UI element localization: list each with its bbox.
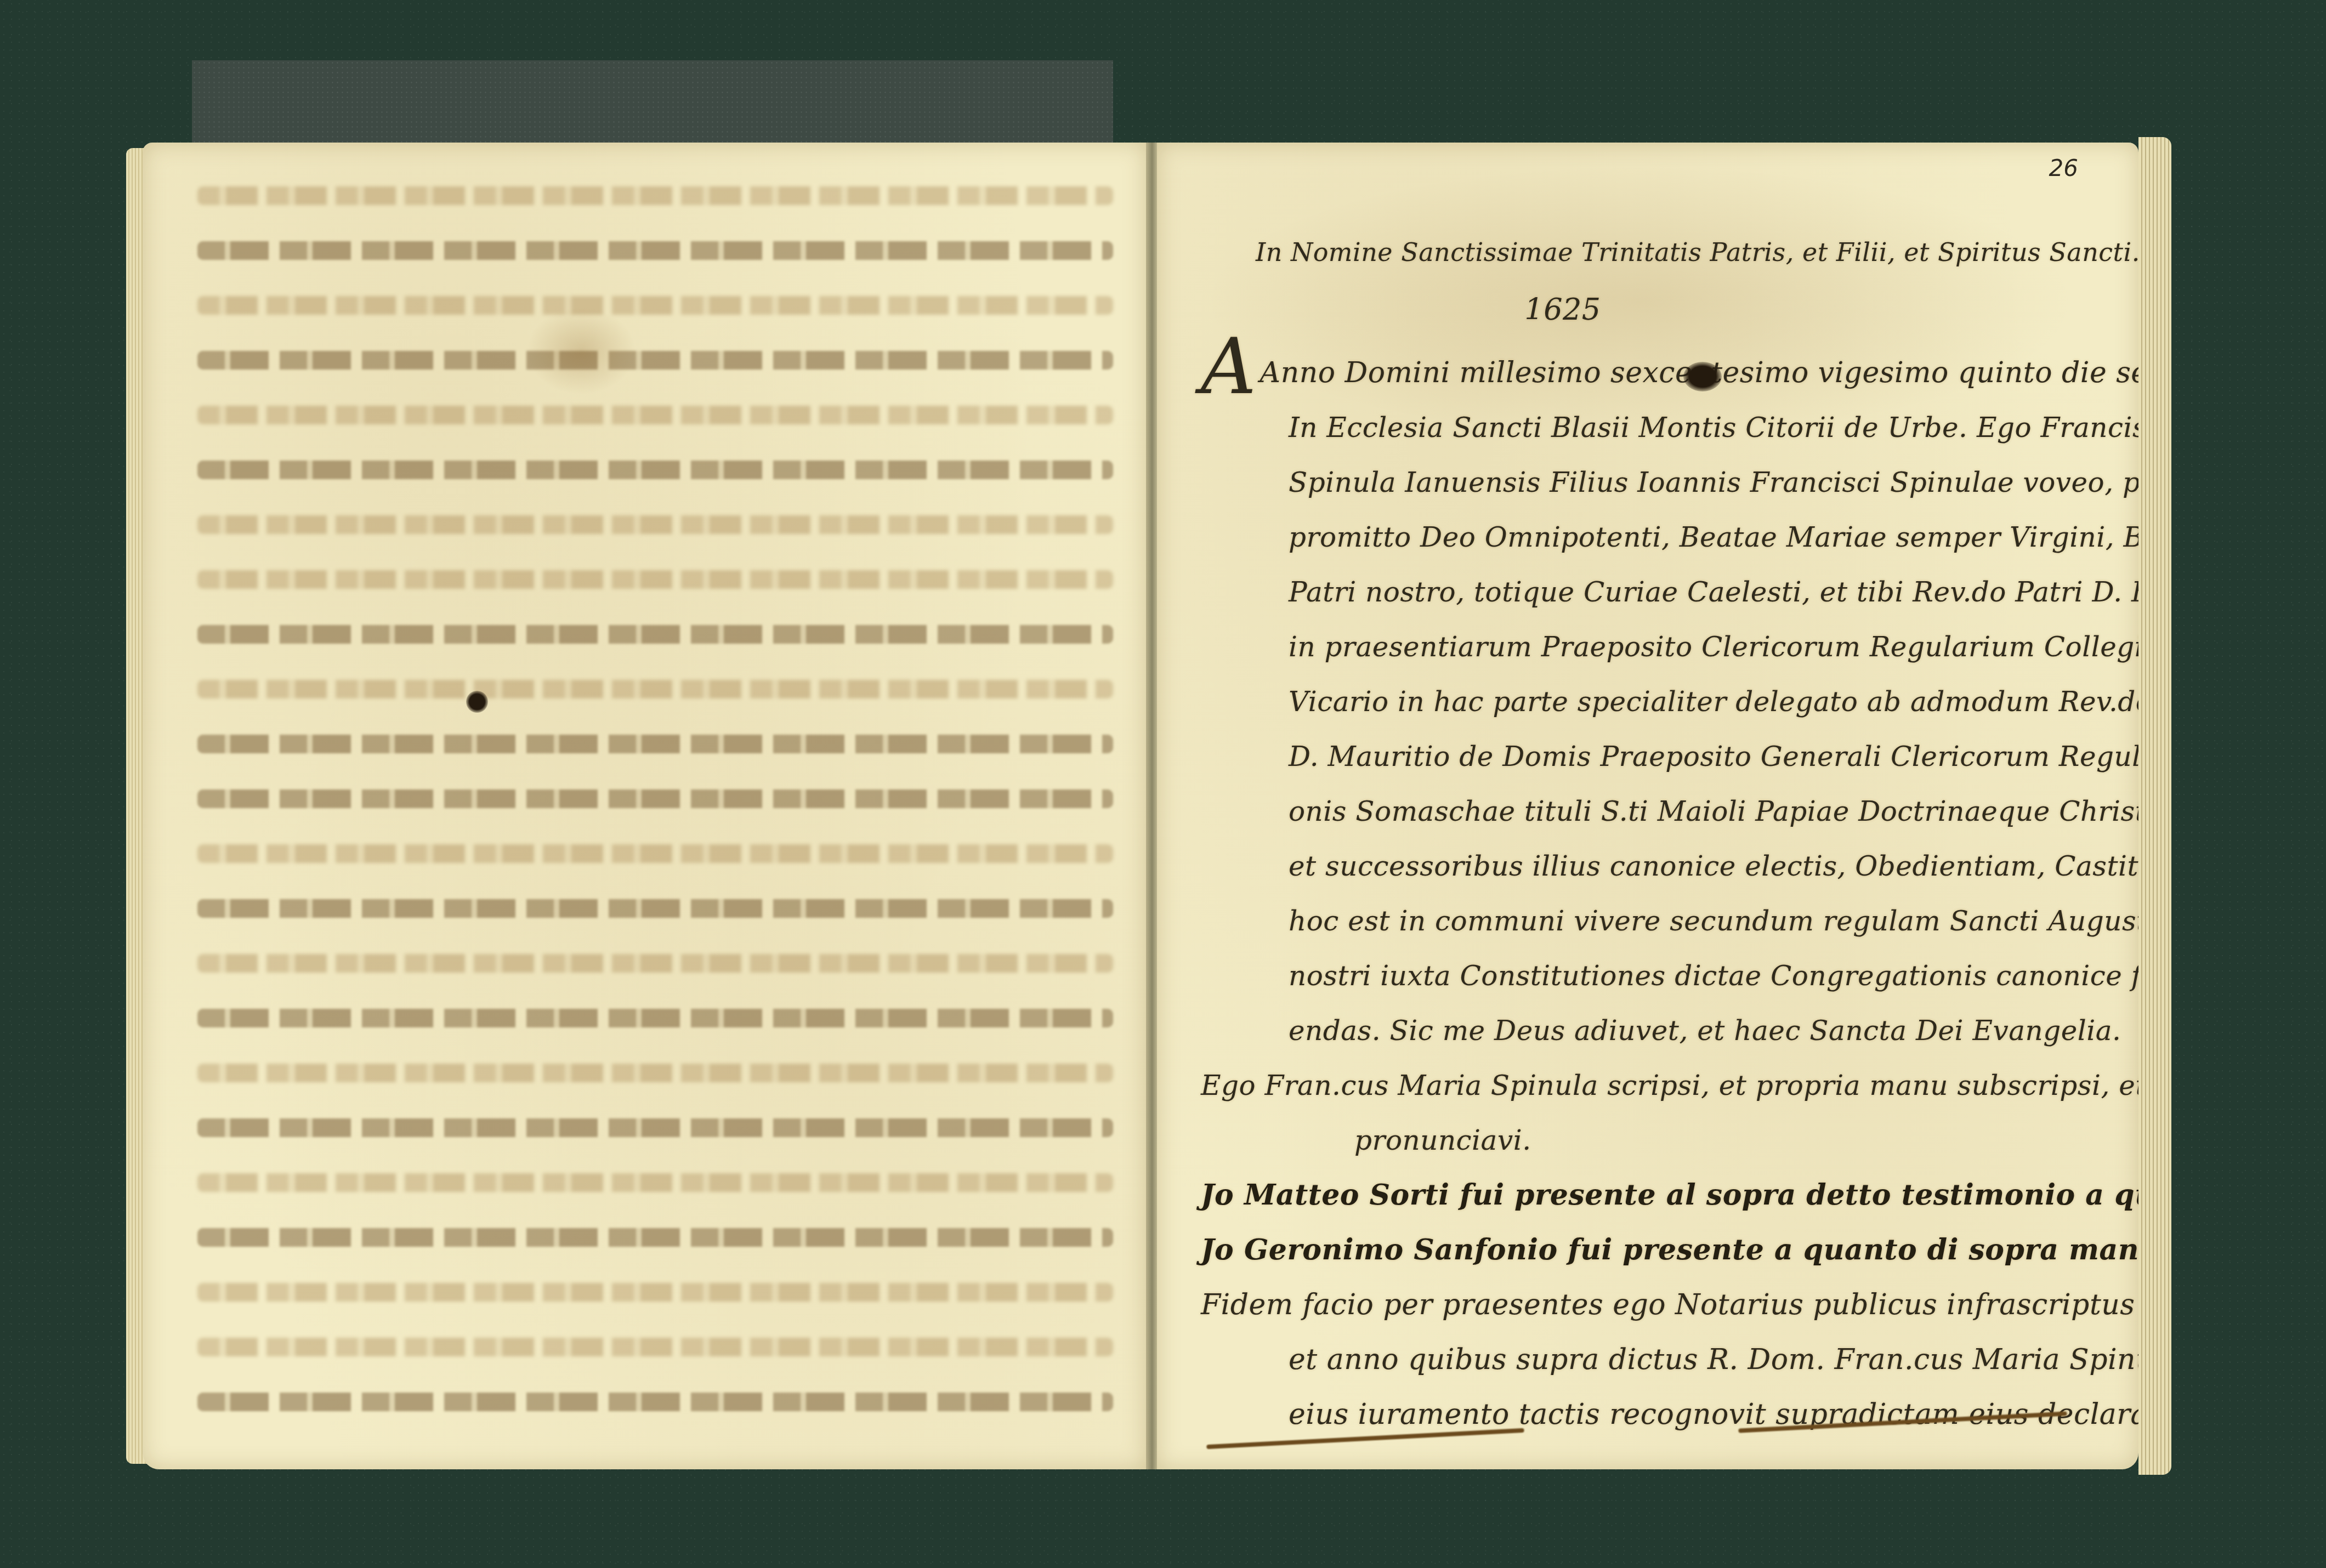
text-line: hoc est in communi vivere secundum regul…	[1201, 894, 2089, 948]
notary-attestation-line: eius iuramento tactis recognovit supradi…	[1201, 1387, 2089, 1442]
water-stain	[526, 307, 636, 395]
invocation-heading: In Nomine Sanctissimae Trinitatis Patris…	[1201, 225, 2089, 280]
text-line: In Ecclesia Sancti Blasii Montis Citorii…	[1201, 400, 2089, 455]
text-line: endas. Sic me Deus adiuvet, et haec Sanc…	[1201, 1003, 2089, 1058]
text-line: onis Somaschae tituli S.ti Maioli Papiae…	[1201, 784, 2089, 839]
page-number: 26	[2049, 155, 2078, 181]
profession-signature-cont: pronunciavi.	[1201, 1113, 2089, 1168]
book-gutter	[1146, 143, 1158, 1469]
open-manuscript-book: 26 In Nomine Sanctissimae Trinitatis Pat…	[110, 132, 2182, 1480]
text-line: D. Mauritio de Domis Praeposito Generali…	[1201, 729, 2089, 784]
text-line: Vicario in hac parte specialiter delegat…	[1201, 674, 2089, 729]
left-page	[143, 143, 1146, 1469]
text-line: AAnno Domini millesimo sexcentesimo vige…	[1201, 340, 2089, 400]
notary-attestation-line: Fidem facio per praesentes ego Notarius …	[1201, 1277, 2089, 1332]
ink-spot	[466, 691, 488, 713]
text-line: promitto Deo Omnipotenti, Beatae Mariae …	[1201, 510, 2089, 565]
text-line: Patri nostro, totique Curiae Caelesti, e…	[1201, 565, 2089, 620]
right-page-edges	[2138, 137, 2171, 1475]
ink-blot	[1683, 362, 1722, 391]
bleed-through-text	[197, 186, 1113, 1436]
text-line: in praesentiarum Praeposito Clericorum R…	[1201, 620, 2089, 674]
witness-signature-1: Jo Matteo Sorti fui presente al sopra de…	[1201, 1168, 2089, 1223]
witness-signature-2: Jo Geronimo Sanfonio fui presente a quan…	[1201, 1223, 2089, 1277]
right-page: 26 In Nomine Sanctissimae Trinitatis Pat…	[1157, 143, 2138, 1469]
manuscript-text: In Nomine Sanctissimae Trinitatis Patris…	[1201, 225, 2089, 1442]
text-line: et successoribus illius canonice electis…	[1201, 839, 2089, 894]
text-line: Spinula Ianuensis Filius Ioannis Francis…	[1201, 455, 2089, 510]
notary-attestation-line: et anno quibus supra dictus R. Dom. Fran…	[1201, 1332, 2089, 1387]
profession-signature: Ego Fran.cus Maria Spinula scripsi, et p…	[1201, 1058, 2089, 1113]
drop-cap: A	[1201, 322, 1257, 412]
year-marker: 1625	[1201, 280, 2089, 340]
text-line: nostri iuxta Constitutiones dictae Congr…	[1201, 948, 2089, 1003]
